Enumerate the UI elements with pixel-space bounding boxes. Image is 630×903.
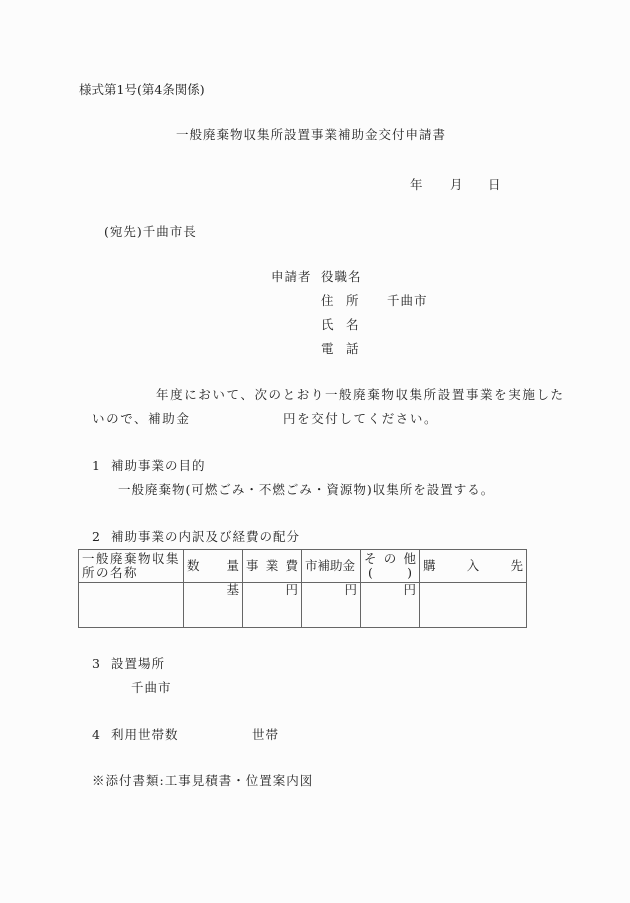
applicant-label: 申請者 (271, 271, 312, 284)
date-month: 月 (450, 179, 463, 192)
cell-other[interactable]: 円 (361, 583, 420, 628)
section-1-heading: 補助事業の目的 (111, 460, 206, 473)
document-title: 一般廃棄物収集所設置事業補助金交付申請書 (176, 129, 446, 142)
header-quantity: 数量 (184, 550, 243, 583)
section-4-unit: 世帯 (252, 729, 279, 742)
cell-project-cost[interactable]: 円 (243, 583, 302, 628)
section-2-heading: 補助事業の内訳及び経費の配分 (111, 531, 300, 544)
attachments-note: ※添付書類:工事見積書・位置案内図 (92, 775, 313, 788)
section-1-content: 一般廃棄物(可燃ごみ・不燃ごみ・資源物)収集所を設置する。 (118, 484, 494, 497)
section-1-number: 1 (92, 460, 100, 473)
body-line-2b: 円を交付してください。 (283, 413, 438, 426)
header-other: その他 () (361, 550, 420, 583)
header-city-subsidy: 市補助金 (302, 550, 361, 583)
allocation-table: 一般廃棄物収集 所の名称 数量 事業費 市補助金 その他 () 購入先 基 円 … (78, 549, 527, 628)
name-label-1: 氏 (321, 319, 334, 332)
date-day: 日 (488, 179, 501, 192)
section-3-number: 3 (92, 658, 100, 671)
cell-quantity[interactable]: 基 (184, 583, 243, 628)
date-year: 年 (410, 179, 423, 192)
body-line-1: 年度において、次のとおり一般廃棄物収集所設置事業を実施した (156, 389, 565, 402)
header-project-cost: 事業費 (243, 550, 302, 583)
address-value: 千曲市 (387, 295, 428, 308)
section-3-heading: 設置場所 (111, 658, 165, 671)
header-facility-name: 一般廃棄物収集 所の名称 (79, 550, 184, 583)
address-label-2: 所 (346, 295, 359, 308)
cell-facility-name[interactable] (79, 583, 184, 628)
addressee: (宛先)千曲市長 (104, 226, 197, 239)
header-vendor: 購入先 (420, 550, 527, 583)
phone-label-2: 話 (346, 343, 359, 356)
phone-label-1: 電 (321, 343, 334, 356)
table-header-row: 一般廃棄物収集 所の名称 数量 事業費 市補助金 その他 () 購入先 (79, 550, 527, 583)
form-number: 様式第1号(第4条関係) (79, 84, 205, 97)
cell-vendor[interactable] (420, 583, 527, 628)
cell-city-subsidy[interactable]: 円 (302, 583, 361, 628)
section-4-heading: 利用世帯数 (111, 729, 179, 742)
position-label: 役職名 (321, 271, 362, 284)
address-label-1: 住 (321, 295, 334, 308)
body-line-2a: いので、補助金 (92, 413, 190, 426)
section-3-content: 千曲市 (131, 682, 172, 695)
name-label-2: 名 (346, 319, 359, 332)
table-row: 基 円 円 円 (79, 583, 527, 628)
section-4-number: 4 (92, 729, 100, 742)
section-2-number: 2 (92, 531, 100, 544)
